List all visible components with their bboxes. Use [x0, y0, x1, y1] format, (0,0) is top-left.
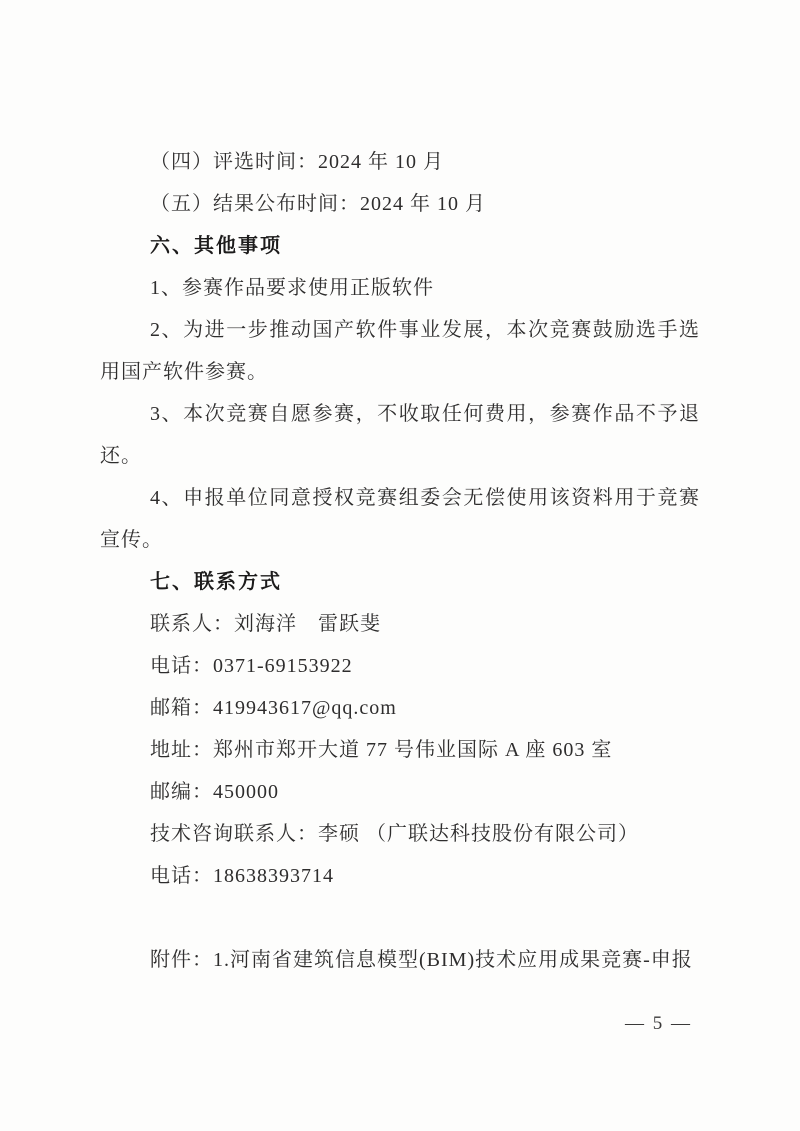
line-postcode: 邮编：450000 — [100, 771, 700, 813]
line-tech-phone: 电话：18638393714 — [100, 855, 700, 897]
line-item-1: 1、参赛作品要求使用正版软件 — [100, 267, 700, 309]
line-attachment: 附件：1.河南省建筑信息模型(BIM)技术应用成果竞赛-申报 — [100, 939, 700, 981]
line-address: 地址：郑州市郑开大道 77 号伟业国际 A 座 603 室 — [100, 729, 700, 771]
document-body: （四）评选时间：2024 年 10 月 （五）结果公布时间：2024 年 10 … — [100, 141, 700, 981]
line-item-4: 4、申报单位同意授权竞赛组委会无偿使用该资料用于竞赛 — [100, 477, 700, 519]
line-contact-person: 联系人：刘海洋 雷跃斐 — [100, 603, 700, 645]
section-heading-other-matters: 六、其他事项 — [100, 225, 700, 267]
line-item-2: 2、为进一步推动国产软件事业发展，本次竞赛鼓励选手选 — [100, 309, 700, 351]
line-item-4-continuation: 宣传。 — [100, 519, 700, 561]
line-tech-contact: 技术咨询联系人：李硕 （广联达科技股份有限公司） — [100, 813, 700, 855]
blank-line — [100, 897, 700, 939]
page-number: — 5 — — [625, 1012, 692, 1036]
line-item-2-continuation: 用国产软件参赛。 — [100, 351, 700, 393]
scanned-document-page: （四）评选时间：2024 年 10 月 （五）结果公布时间：2024 年 10 … — [0, 0, 800, 1131]
line-phone: 电话：0371-69153922 — [100, 645, 700, 687]
line-result-announce-time: （五）结果公布时间：2024 年 10 月 — [100, 183, 700, 225]
line-email: 邮箱：419943617@qq.com — [100, 687, 700, 729]
section-heading-contact-info: 七、联系方式 — [100, 561, 700, 603]
line-item-3: 3、本次竞赛自愿参赛，不收取任何费用，参赛作品不予退 — [100, 393, 700, 435]
line-review-time: （四）评选时间：2024 年 10 月 — [100, 141, 700, 183]
line-item-3-continuation: 还。 — [100, 435, 700, 477]
